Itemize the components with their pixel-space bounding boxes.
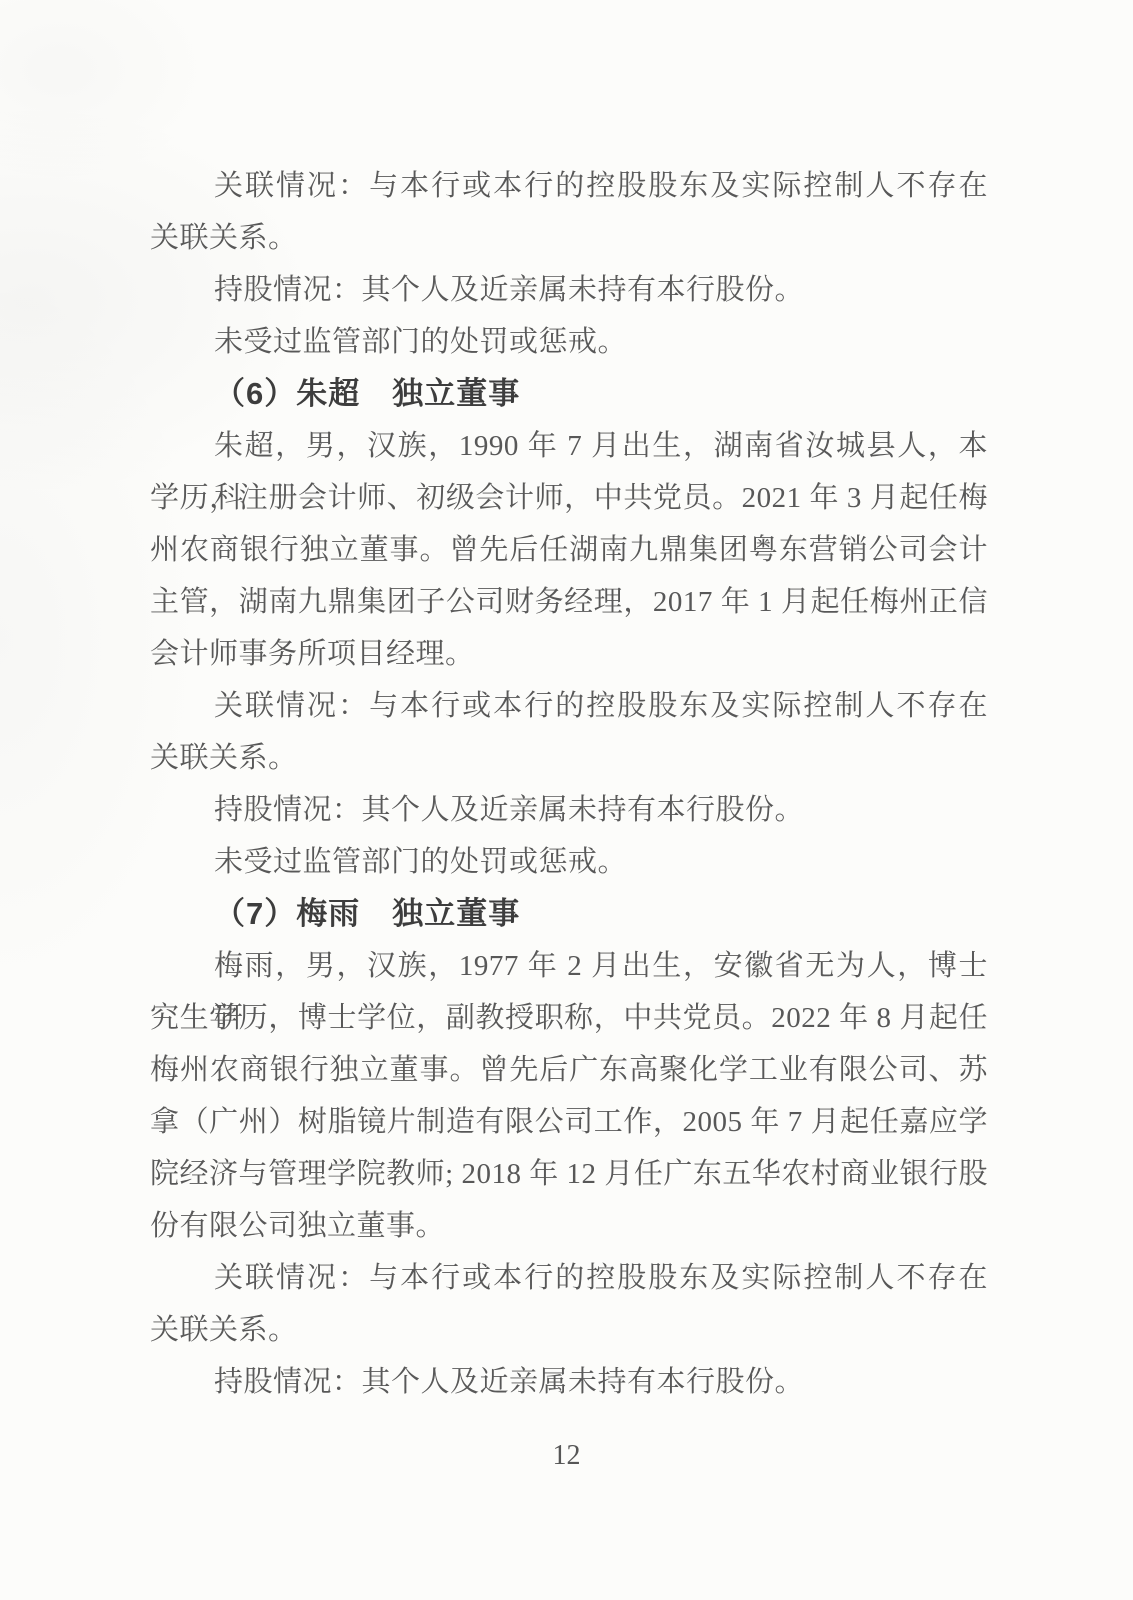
text-line: 梅雨，男，汉族，1977 年 2 月出生，安徽省无为人，博士研 (150, 940, 988, 992)
text-line: 持股情况：其个人及近亲属未持有本行股份。 (150, 264, 988, 316)
text-line: 朱超，男，汉族，1990 年 7 月出生，湖南省汝城县人，本科 (150, 420, 988, 472)
section-7-heading: （7）梅雨 独立董事 (150, 888, 988, 940)
document-page: 关联情况：与本行或本行的控股股东及实际控制人不存在 关联关系。 持股情况：其个人… (0, 0, 1133, 1600)
text-line: 关联关系。 (150, 1304, 988, 1356)
document-body: 关联情况：与本行或本行的控股股东及实际控制人不存在 关联关系。 持股情况：其个人… (150, 160, 988, 1408)
text-line: 份有限公司独立董事。 (150, 1200, 988, 1252)
text-line: 主管，湖南九鼎集团子公司财务经理，2017 年 1 月起任梅州正信 (150, 576, 988, 628)
text-line: 关联情况：与本行或本行的控股股东及实际控制人不存在 (150, 1252, 988, 1304)
text-line: 持股情况：其个人及近亲属未持有本行股份。 (150, 784, 988, 836)
text-line: 拿（广州）树脂镜片制造有限公司工作，2005 年 7 月起任嘉应学 (150, 1096, 988, 1148)
text-line: 关联关系。 (150, 732, 988, 784)
section-6-heading: （6）朱超 独立董事 (150, 368, 988, 420)
text-line: 未受过监管部门的处罚或惩戒。 (150, 316, 988, 368)
text-line: 关联关系。 (150, 212, 988, 264)
text-line: 学历，注册会计师、初级会计师，中共党员。2021 年 3 月起任梅 (150, 472, 988, 524)
text-line: 持股情况：其个人及近亲属未持有本行股份。 (150, 1356, 988, 1408)
text-line: 院经济与管理学院教师; 2018 年 12 月任广东五华农村商业银行股 (150, 1148, 988, 1200)
text-line: 究生学历，博士学位，副教授职称，中共党员。2022 年 8 月起任 (150, 992, 988, 1044)
text-line: 关联情况：与本行或本行的控股股东及实际控制人不存在 (150, 680, 988, 732)
text-line: 州农商银行独立董事。曾先后任湖南九鼎集团粤东营销公司会计 (150, 524, 988, 576)
text-line: 关联情况：与本行或本行的控股股东及实际控制人不存在 (150, 160, 988, 212)
text-line: 会计师事务所项目经理。 (150, 628, 988, 680)
page-number: 12 (0, 1430, 1133, 1482)
text-line: 梅州农商银行独立董事。曾先后广东高聚化学工业有限公司、苏 (150, 1044, 988, 1096)
text-line: 未受过监管部门的处罚或惩戒。 (150, 836, 988, 888)
